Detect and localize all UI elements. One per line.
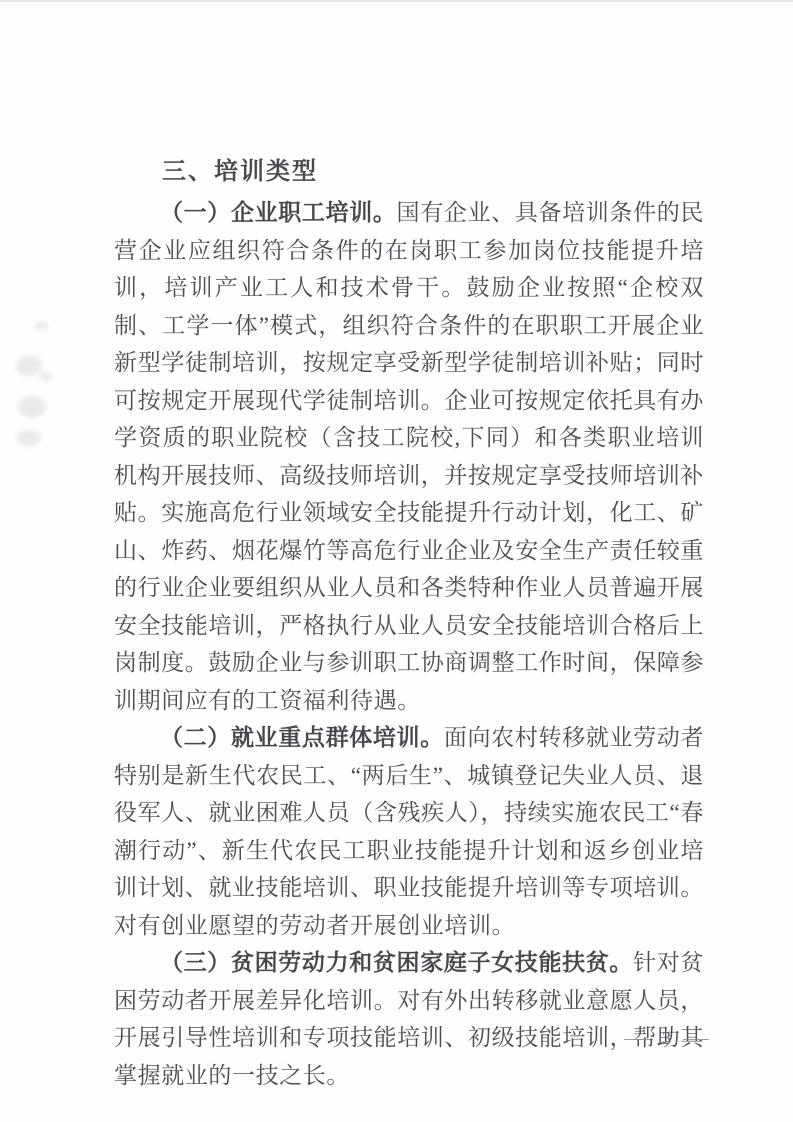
scan-smudge	[16, 356, 42, 376]
footer-dash-right: —	[683, 1028, 708, 1049]
paragraph-text: 面向农村转移就业劳动者特别是新生代农民工、“两后生”、城镇登记失业人员、退役军人…	[114, 725, 704, 938]
document-body: （一）企业职工培训。国有企业、具备培训条件的民营企业应组织符合条件的在岗职工参加…	[114, 194, 704, 1094]
page-footer: — 3 —	[628, 1028, 705, 1049]
paragraph: （三）贫困劳动力和贫困家庭子女技能扶贫。针对贫困劳动者开展差异化培训。对有外出转…	[114, 944, 704, 1094]
section-heading: 三、培训类型	[114, 152, 704, 192]
scan-smudge	[17, 430, 41, 446]
paragraph-text: 国有企业、具备培训条件的民营企业应组织符合条件的在岗职工参加岗位技能提升培训，培…	[114, 200, 704, 713]
paragraph: （一）企业职工培训。国有企业、具备培训条件的民营企业应组织符合条件的在岗职工参加…	[114, 194, 704, 719]
document-content: 三、培训类型 （一）企业职工培训。国有企业、具备培训条件的民营企业应组织符合条件…	[114, 152, 704, 1094]
page-number: 3	[662, 1028, 671, 1049]
scan-smudge	[40, 372, 52, 381]
document-page: 三、培训类型 （一）企业职工培训。国有企业、具备培训条件的民营企业应组织符合条件…	[0, 0, 793, 1122]
paragraph-lead: （三）贫困劳动力和贫困家庭子女技能扶贫。	[160, 950, 633, 975]
footer-dash-left: —	[624, 1028, 649, 1049]
scan-smudge	[18, 396, 46, 418]
paragraph: （二）就业重点群体培训。面向农村转移就业劳动者特别是新生代农民工、“两后生”、城…	[114, 719, 704, 944]
scan-smudge	[34, 322, 48, 330]
scan-edge-line	[0, 0, 793, 2]
paragraph-lead: （二）就业重点群体培训。	[160, 725, 444, 750]
paragraph-lead: （一）企业职工培训。	[160, 200, 397, 225]
